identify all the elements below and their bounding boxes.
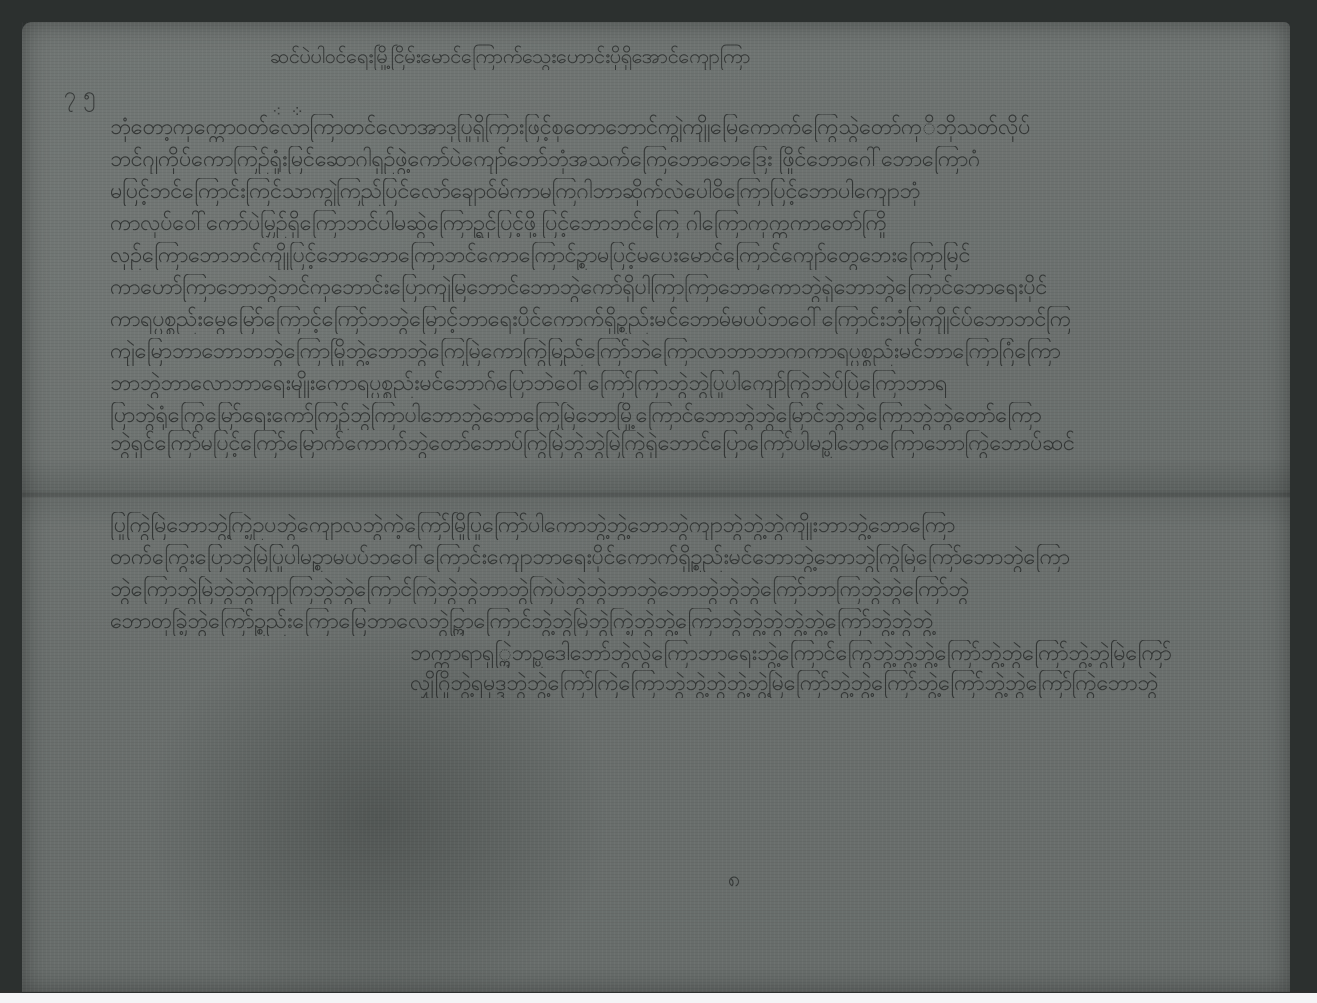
text-line: ဘင်ဂျကိုပ်ကောကြဥ်ရှုံးမြင်ဆောဂါရှဥ်ဖွဲ့က…	[110, 146, 1255, 174]
manuscript-page: ၇ ၅ ⁖ ⁘ ဆင်ပဲပါဝင်ရေးမြို့ငြိမ်းမောင်ကြေ…	[22, 22, 1290, 992]
text-line: ဘုံတော့ကုက္ကောဝတ်လောကြာတင်လောအာဒုပြုရှိက…	[110, 114, 1255, 142]
text-line: ဘောတုခြဲ့ဘွဲကြော်ဥ္စည်းကြောမြေဘာလေဘွဲဥ္က…	[110, 608, 1285, 636]
text-line: ပြာဘွဲရုံကြွေမြော်ရေးကော်ကြဥ်ဘွဲကြာပါဘော…	[110, 402, 1270, 430]
text-line: လှဉ်ကြောဘောဘင်ကျိုပြင့်ဘောဘောကြောဘင်ကောက…	[110, 242, 1270, 270]
text-line: ပြုကြွဲမြဲဘောဘွဲ့ကြဲ့ဥပဘွဲကျောလဘွဲကဲ့ကြေ…	[110, 512, 1250, 540]
text-line: ကာဟော်ကြာဘောဘွဲဘင်ကုဘောင်းပြောကျဲမြဘောင်…	[110, 274, 1245, 302]
text-line: မပြင့်ဘင်ကြောင်းကြင်သာကျွဲကြည်ပြင်လော်ချ…	[110, 178, 1260, 206]
text-line: တက်ကြွေးပြောဘွဲမြဲပြုပါမဥ္စာမပပ်ဘဝေါ်ကြေ…	[110, 544, 1260, 572]
text-line: ဘာဘွဲဘာလောဘာရေးမျိုးကောရပ္ပစ္စည်းမင်ဘောဂ…	[110, 370, 1260, 398]
folio-mark: ၇ ၅	[64, 80, 96, 113]
text-line: ကာရပ္ပစ္စည်းမွေမြော်ကြောင့်ကြော်ဘဘွဲမြော…	[110, 306, 1260, 334]
text-line: ဘွဲကြောဘွဲမြဲဘွဲဘွဲကျာကြဘွဲဘွဲကြောင်ကြဲဘ…	[110, 576, 1260, 604]
text-line: ဘက္ကာရာရှ္ကြဲဘဥ္ပဒေါဘော်ဘွဲလွဲကြောဘာရေးဘ…	[410, 640, 1290, 668]
page-number: ၈	[728, 864, 741, 897]
text-line: ကာလုပ်ဝေါ်ကော်ပဲမြှဥ်ရှိကြောဘင်ပါမဆွဲကြေ…	[110, 210, 1265, 238]
page-fold-crease	[22, 490, 1290, 500]
text-line: လျှိဂြိုဘွဲ့ရမုဒ္ဒဘွဲဘွဲ့ကြော်ကြဲကြောဘွဲ…	[410, 670, 1280, 698]
scan-bottom-margin	[0, 993, 1317, 1003]
text-line: ကျဲမြောဘာဘောဘဘွဲကြောမြိုဘွဲ့ဘောဘွဲကြေမြဲ…	[110, 338, 1255, 366]
heading-line: ဆင်ပဲပါဝင်ရေးမြို့ငြိမ်းမောင်ကြောက်သွေးဟ…	[270, 42, 995, 70]
text-line: ဘွဲရှင်ကြော်မပြင့်ကြော်မြောက်ကောက်ဘွဲတော…	[110, 430, 1265, 458]
